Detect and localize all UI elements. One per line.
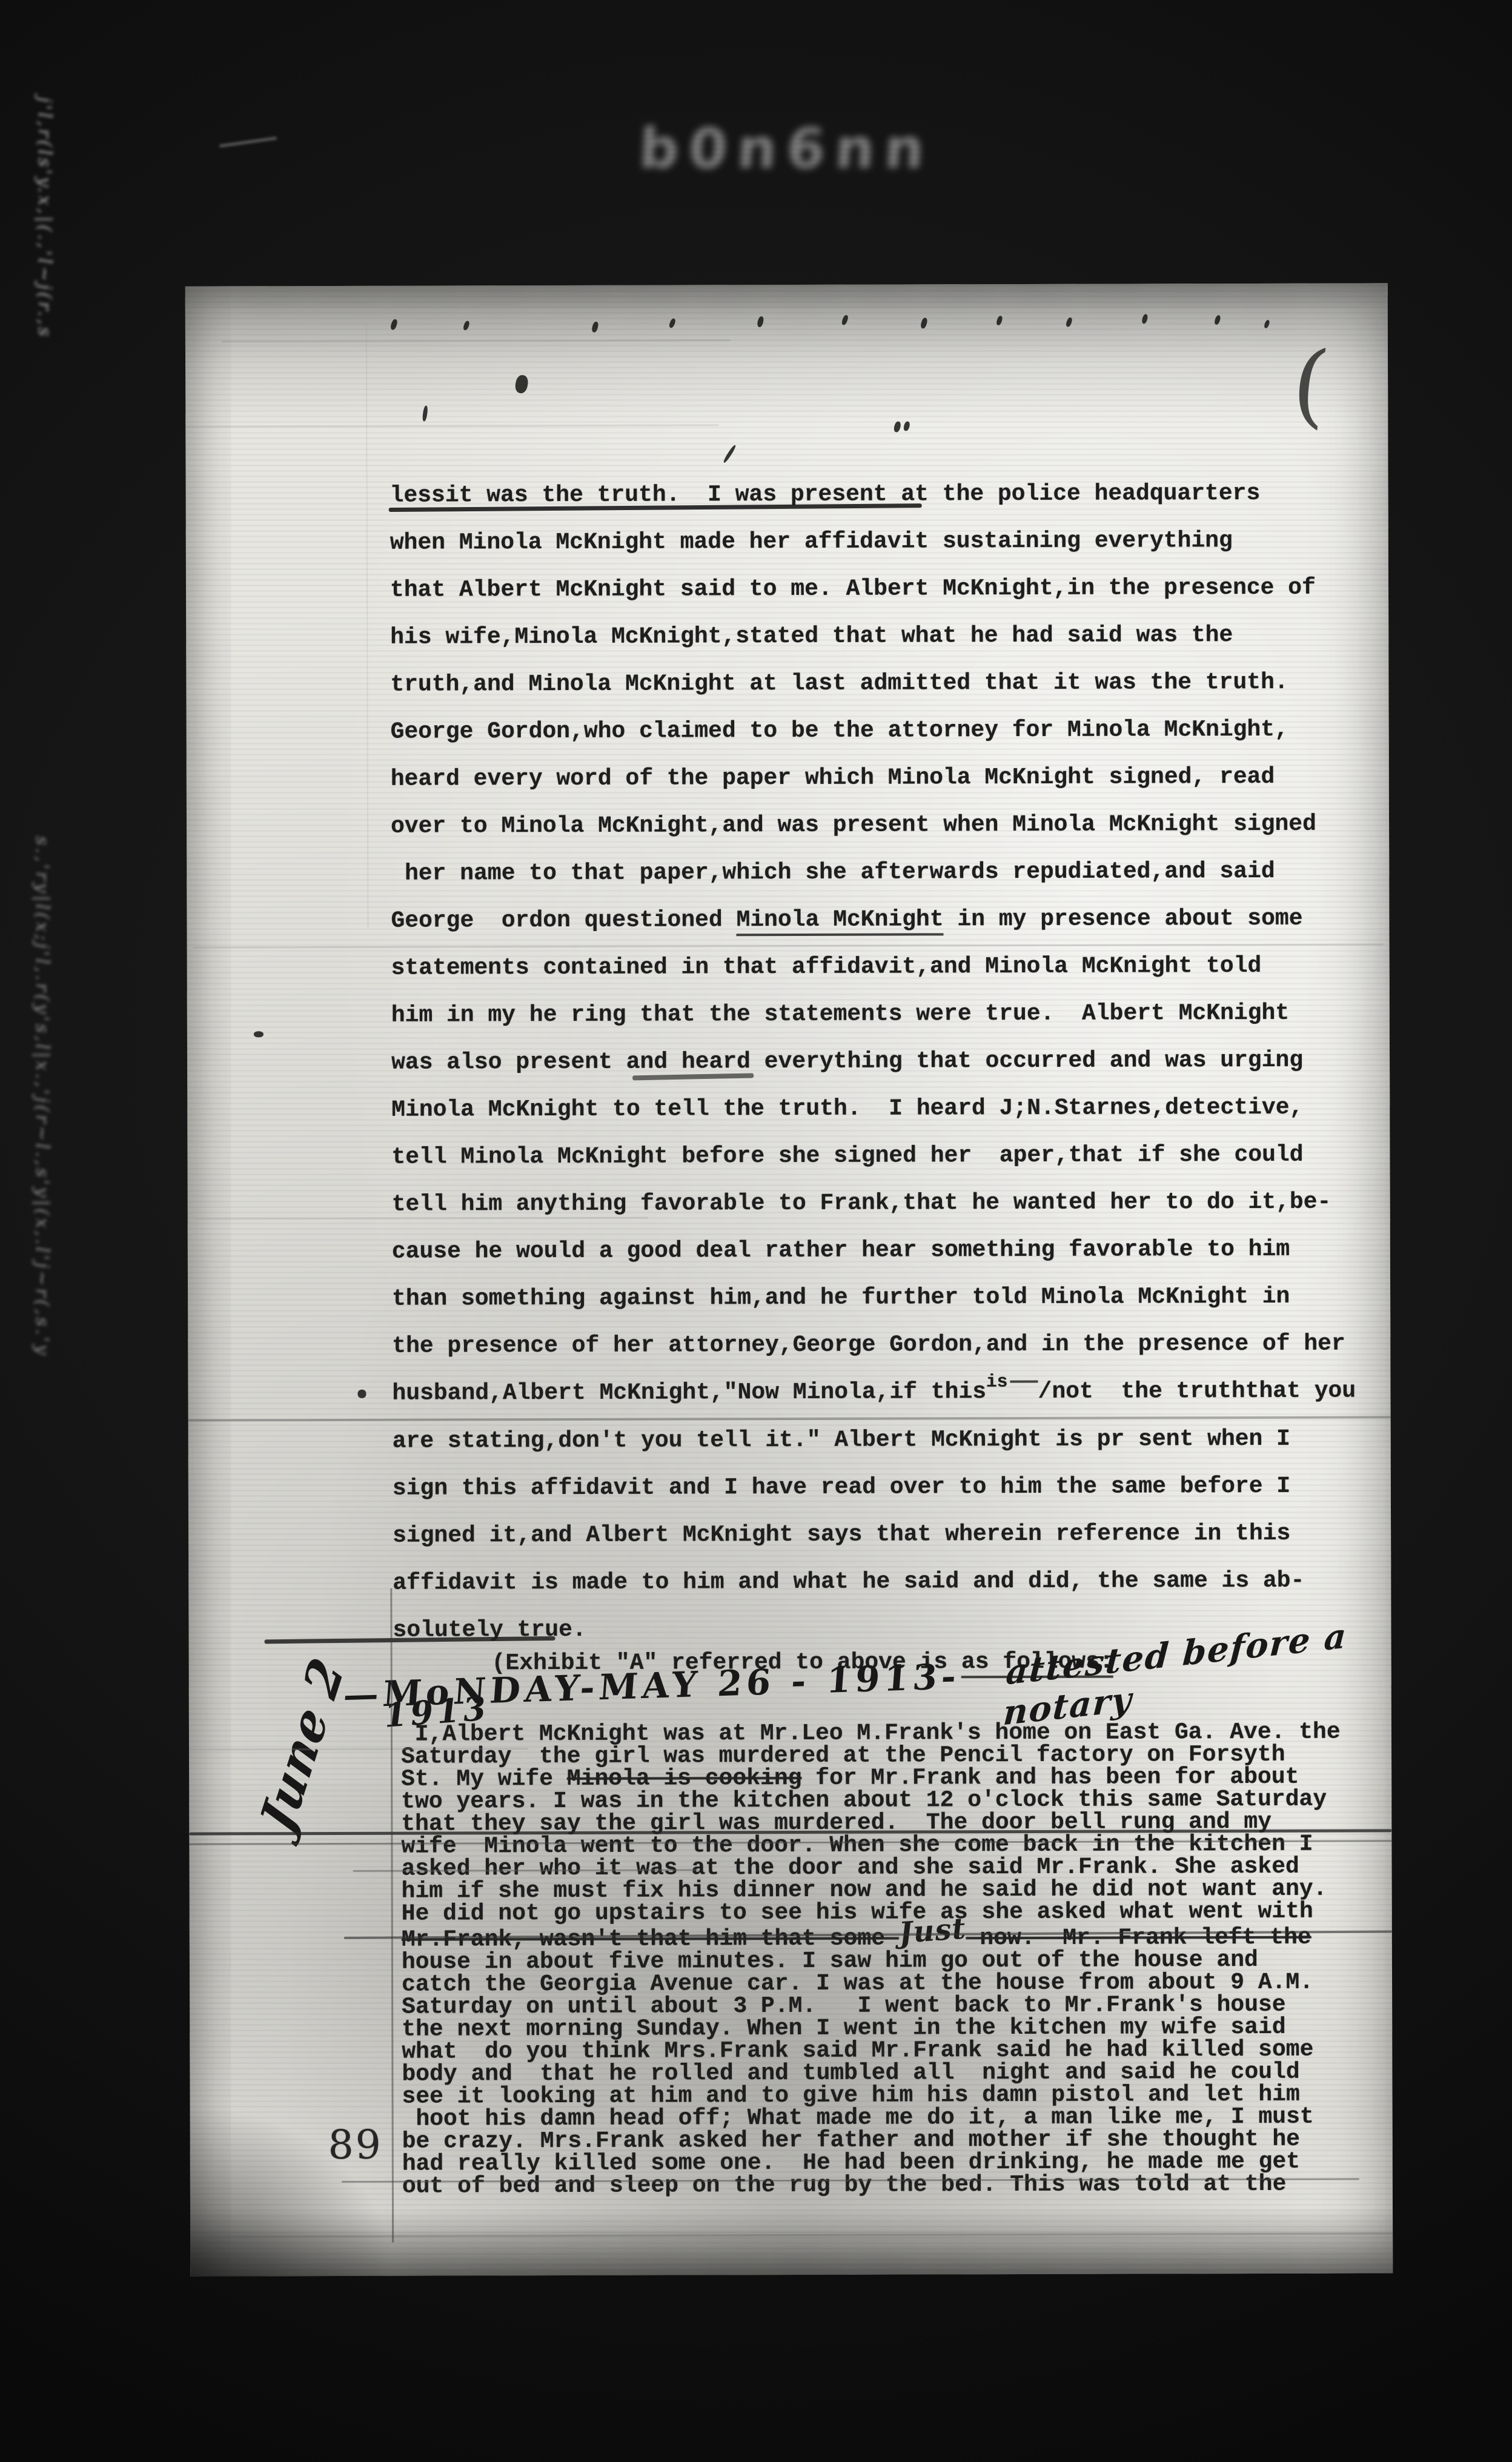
text-segment: out of bed and sleep on the rug by the b… (402, 2171, 1287, 2200)
text-line: his wife,Minola McKnight,stated that wha… (390, 611, 1396, 661)
text-line: George Gordon,who claimed to be the atto… (391, 706, 1396, 755)
text-segment: his wife,Minola McKnight,stated that wha… (390, 622, 1233, 651)
text-line: her name to that paper,which she afterwa… (391, 848, 1396, 897)
text-segment: heard every word of the paper which Mino… (391, 764, 1275, 792)
text-segment: the presence of her attorney,George Gord… (392, 1331, 1345, 1359)
text-line: sign this affidavit and I have read over… (393, 1462, 1398, 1512)
ink-speck (390, 319, 398, 331)
text-line: that Albert McKnight said to me. Albert … (390, 564, 1396, 614)
text-line: tell him anything favorable to Frank,tha… (392, 1178, 1398, 1228)
text-segment: /not the truththat you (1038, 1378, 1356, 1405)
ink-speck (903, 421, 910, 432)
text-line: husband,Albert McKnight,"Now Minola,if t… (392, 1367, 1398, 1418)
text-line: over to Minola McKnight,and was present … (391, 800, 1396, 850)
ink-speck (357, 1390, 366, 1398)
text-line: affidavit is made to him and what he sai… (393, 1557, 1398, 1607)
crease-mark: ( (1287, 330, 1333, 439)
text-segment: signed it,and Albert McKnight says that … (393, 1521, 1290, 1549)
text-segment: when Minola McKnight made her affidavit … (390, 528, 1233, 556)
text-segment: sign this affidavit and I have read over… (393, 1473, 1290, 1502)
text-segment: is (986, 1358, 1038, 1405)
handwritten-insert: Just (898, 1917, 967, 1945)
ink-speck (254, 1031, 264, 1037)
text-segment: him in my he ring that the statements we… (391, 1000, 1289, 1029)
film-emulsion-stamp: b0n6nn (637, 116, 935, 181)
exhibit-a-text: I,Albert McKnight was at Mr.Leo M.Frank'… (401, 1720, 1396, 2197)
text-line: statements contained in that affidavit,a… (391, 942, 1397, 992)
ink-speck (920, 317, 929, 330)
text-line: heard every word of the paper which Mino… (391, 753, 1396, 803)
text-segment: truth,and Minola McKnight at last admitt… (390, 669, 1288, 698)
text-line: Minola McKnight to tell the truth. I hea… (391, 1084, 1397, 1133)
film-edge-scribble: s.,'ry|l(x;j'l,.r(y's,l|x.,'j(r~l.,s'y|(… (31, 836, 53, 1696)
text-segment: statements contained in that affidavit,a… (391, 953, 1262, 981)
film-scratch (219, 136, 277, 147)
text-line: George ordon questioned Minola McKnight … (391, 895, 1396, 944)
ink-speck (1214, 314, 1222, 325)
text-line: the presence of her attorney,George Gord… (392, 1320, 1398, 1370)
text-line: tell Minola McKnight before she signed h… (391, 1131, 1397, 1181)
text-line: out of bed and sleep on the rug by the b… (402, 2172, 1396, 2197)
testimony-paragraph: lessit was the truth. I was present at t… (390, 470, 1399, 1654)
text-line: was also present and heard everything th… (391, 1037, 1397, 1086)
text-segment: tell Minola McKnight before she signed h… (391, 1142, 1303, 1170)
handwritten-margin-date: June 2 (250, 1625, 363, 1841)
text-line: him in my he ring that the statements we… (391, 989, 1397, 1039)
ink-speck (996, 315, 1004, 326)
text-segment: tell him anything favorable to Frank,tha… (392, 1189, 1331, 1218)
text-segment: that Albert McKnight said to me. Albert … (390, 575, 1316, 603)
text-line: signed it,and Albert McKnight says that … (393, 1510, 1398, 1559)
text-segment: solutely true. (393, 1617, 586, 1644)
text-line: than something against him,and he furthe… (392, 1273, 1398, 1322)
document-page: lessit was the truth. I was present at t… (185, 283, 1393, 2276)
ink-speck (422, 405, 428, 422)
ink-speck (841, 314, 849, 326)
ink-speck (757, 316, 764, 328)
ink-speck (668, 318, 676, 329)
ink-speck (723, 444, 737, 463)
smear-line (366, 322, 369, 928)
text-segment: are stating,don't you tell it." Albert M… (393, 1426, 1290, 1455)
text-segment: in my presence about some (944, 906, 1303, 933)
text-segment: cause he would a good deal rather hear s… (392, 1236, 1290, 1265)
text-segment: than something against him,and he furthe… (392, 1284, 1290, 1312)
text-segment: George ordon questioned (391, 907, 736, 934)
ink-speck (1264, 319, 1270, 329)
ink-speck (893, 421, 901, 433)
text-line: are stating,don't you tell it." Albert M… (393, 1415, 1398, 1465)
text-segment: husband,Albert McKnight,"Now Minola,if t… (392, 1379, 986, 1407)
ink-speck (1065, 317, 1073, 328)
film-edge-scribble: j'l,r(ls'y.x,|(.,'l~j(r.,s (34, 97, 55, 436)
ink-speck (462, 320, 470, 331)
text-segment: Minola McKnight to tell the truth. I hea… (391, 1095, 1303, 1123)
smear-line (222, 339, 731, 342)
text-line: cause he would a good deal rather hear s… (392, 1226, 1398, 1275)
text-segment: George Gordon,who claimed to be the atto… (391, 717, 1288, 745)
ink-speck (591, 321, 599, 333)
smear-line (190, 2232, 1393, 2237)
page-number: 89 (328, 2122, 383, 2168)
text-segment: her name to that paper,which she afterwa… (391, 858, 1275, 887)
text-line: when Minola McKnight made her affidavit … (390, 517, 1396, 566)
text-segment: over to Minola McKnight,and was present … (391, 811, 1316, 840)
text-segment: was also present and heard everything th… (391, 1047, 1303, 1076)
text-segment: Minola McKnight (736, 906, 943, 936)
ink-speck (1141, 314, 1149, 325)
smear-line (185, 424, 718, 427)
text-segment: affidavit is made to him and what he sai… (393, 1568, 1304, 1596)
microfilm-scan: b0n6nn j'l,r(ls'y.x,|(.,'l~j(r.,s s.,'ry… (0, 0, 1512, 2462)
text-segment: lessit was the truth. I was present at t… (390, 480, 1261, 509)
text-line: truth,and Minola McKnight at last admitt… (390, 659, 1396, 708)
text-line: lessit was the truth. I was present at t… (390, 470, 1396, 519)
ink-speck (514, 374, 529, 394)
